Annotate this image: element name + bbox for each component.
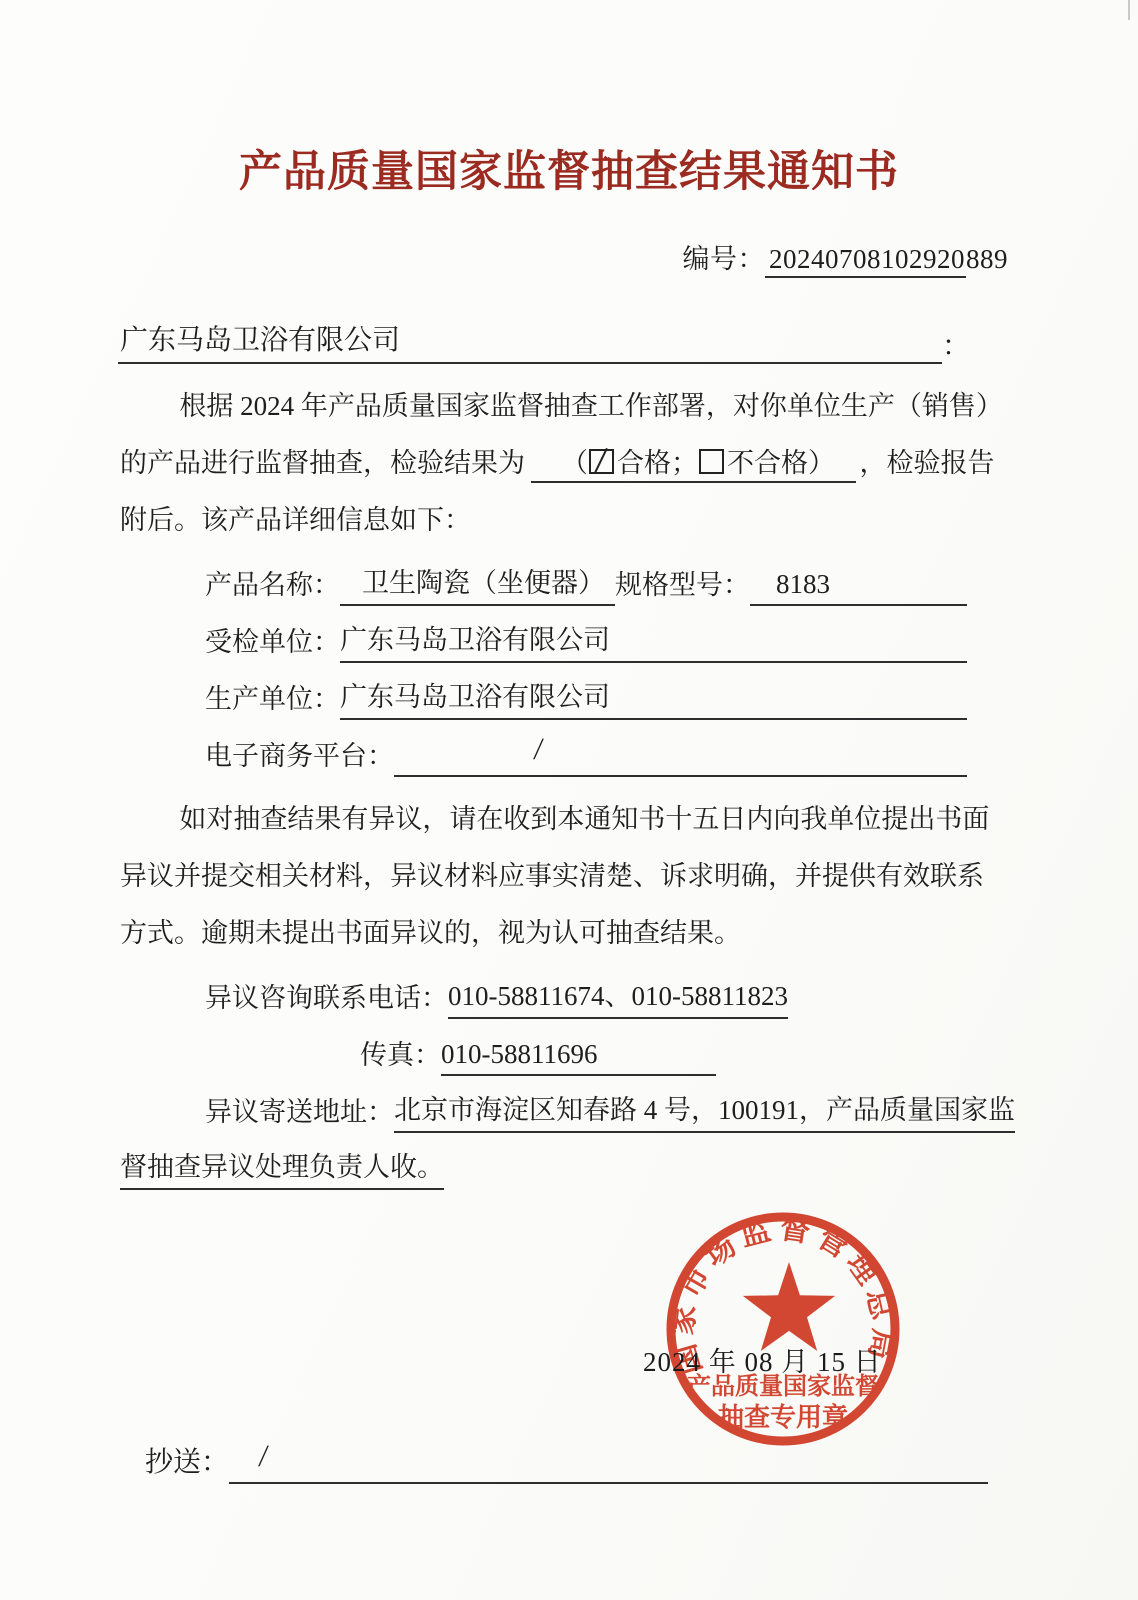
notice-line-1: 如对抽查结果有异议，请在收到本通知书十五日内向我单位提出书面 [120,791,1008,848]
spec-model-value: 8183 [750,569,967,606]
objection-phone-value: 010-58811674、010-58811823 [448,974,788,1019]
doc-number-label: 编号： [683,244,766,274]
cc-row: 抄送：/ [145,1440,988,1484]
fax-row: 传真：010-58811696 [360,1019,1138,1076]
result-fail-label: 不合格） [727,448,822,478]
objection-address-value-line2: 督抽查异议处理负责人收。 [120,1145,444,1190]
objection-notice-paragraph: 如对抽查结果有异议，请在收到本通知书十五日内向我单位提出书面 异议并提交相关材料… [120,791,1008,962]
fax-label: 传真： [360,1033,441,1076]
doc-number-value: 20240708102920 [765,244,966,278]
notice-line-2: 异议并提交相关材料，异议材料应事实清楚、诉求明确，并提供有效联系 [120,848,1008,905]
ecommerce-platform-value: / [394,731,967,777]
document-page: 产品质量国家监督抽查结果通知书 编号：20240708102920889 广东马… [0,0,1138,1600]
pass-checkbox-checked-icon [589,449,614,474]
objection-address-value-line1: 北京市海淀区知春路 4 号，100191，产品质量国家监 [394,1088,1015,1133]
recipient-colon: ： [942,324,970,364]
field-product-name: 产品名称：卫生陶瓷（坐便器）规格型号：8183 [205,549,967,606]
result-open-paren: （ [561,448,588,478]
recipient-name: 广东马岛卫浴有限公司 [118,318,942,364]
seal-center-line2: 抽查专用章 [718,1402,848,1432]
fail-checkbox-empty-icon [699,449,724,474]
document-title: 产品质量国家监督抽查结果通知书 [0,0,1138,199]
intro-line-2-post: ，检验报告 [860,448,995,478]
field-production-unit: 生产单位：广东马岛卫浴有限公司 [205,663,967,720]
doc-number-line: 编号：20240708102920889 [0,237,1008,276]
intro-line-2: 的产品进行监督抽查，检验结果为（合格；不合格），检验报告 [120,435,1008,492]
objection-address-row-2: 督抽查异议处理负责人收。 [120,1133,1138,1190]
doc-number-value-tail: 889 [966,244,1008,274]
inspected-unit-label: 受检单位： [205,620,340,663]
ecommerce-platform-label: 电子商务平台： [205,734,394,777]
spec-model-label: 规格型号： [615,563,750,606]
scan-edge-artifact [1128,0,1130,20]
fax-value: 010-58811696 [441,1039,716,1076]
objection-phone-row: 异议咨询联系电话：010-58811674、010-58811823 [205,962,938,1019]
cc-slash: / [257,1438,270,1478]
objection-address-label: 异议寄送地址： [205,1090,394,1133]
production-unit-value: 广东马岛卫浴有限公司 [340,675,967,720]
official-seal: 国家市场监督管理总局 产品质量国家监督 抽查专用章 [662,1208,904,1450]
notice-line-3: 方式。逾期未提出书面异议的，视为认可抽查结果。 [120,905,1008,962]
ecommerce-platform-slash: / [532,731,545,771]
result-field: （合格；不合格） [531,448,856,483]
result-pass-label: 合格； [617,448,698,478]
intro-line-1: 根据 2024 年产品质量国家监督抽查工作部署，对你单位生产（销售） [120,378,1008,435]
field-ecommerce-platform: 电子商务平台：/ [205,720,967,777]
objection-phone-label: 异议咨询联系电话： [205,976,448,1019]
objection-address-row: 异议寄送地址：北京市海淀区知春路 4 号，100191，产品质量国家监 [205,1076,990,1133]
recipient-line: 广东马岛卫浴有限公司： [118,322,970,364]
cc-label: 抄送： [145,1440,229,1484]
field-inspected-unit: 受检单位：广东马岛卫浴有限公司 [205,606,967,663]
seal-star-icon [743,1262,835,1351]
intro-line-3: 附后。该产品详细信息如下： [120,492,1008,549]
intro-line-2-pre: 的产品进行监督抽查，检验结果为 [120,448,525,478]
production-unit-label: 生产单位： [205,677,340,720]
product-name-value: 卫生陶瓷（坐便器） [340,561,615,606]
intro-paragraph: 根据 2024 年产品质量国家监督抽查工作部署，对你单位生产（销售） 的产品进行… [120,378,1008,549]
product-name-label: 产品名称： [205,563,340,606]
inspected-unit-value: 广东马岛卫浴有限公司 [340,618,967,663]
issue-date: 2024 年 08 月 15 日 [643,1340,882,1379]
cc-value-line: / [229,1438,988,1484]
